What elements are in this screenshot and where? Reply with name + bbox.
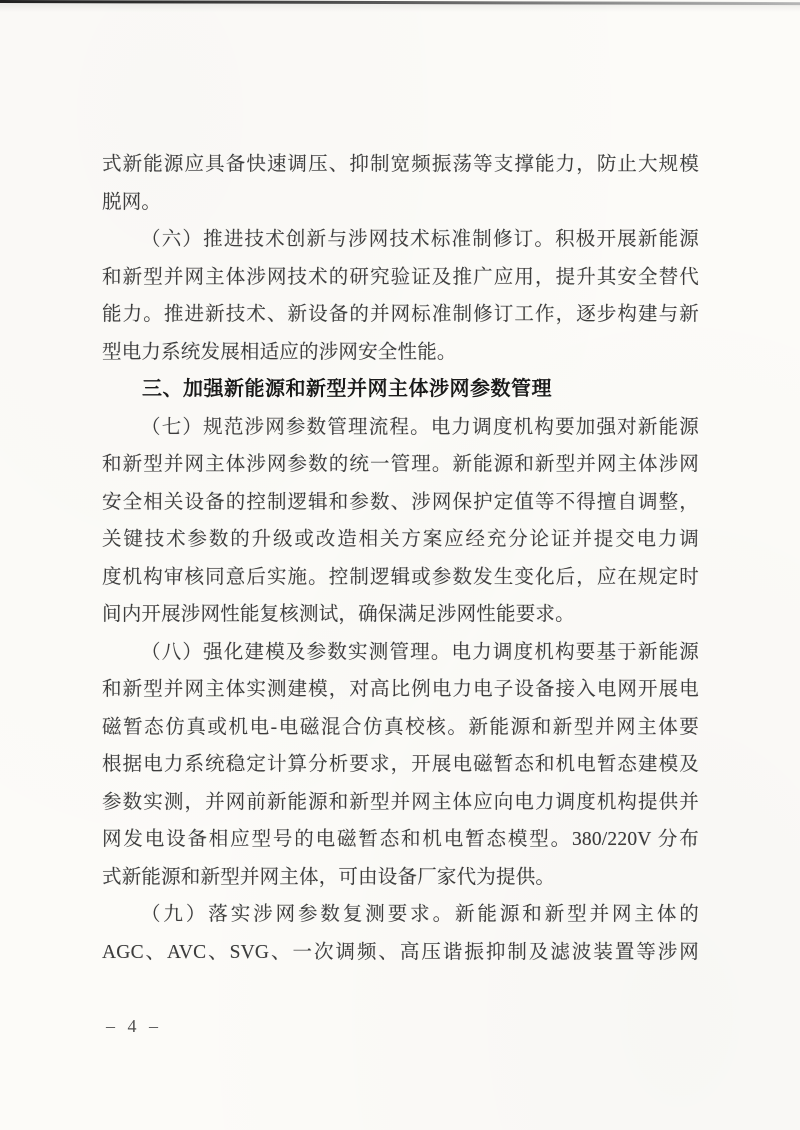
text-line: 和新型并网主体实测建模，对高比例电力电子设备接入电网开展电 <box>102 671 699 709</box>
text-line: 能力。推进新技术、新设备的并网标准制修订工作，逐步构建与新 <box>102 296 699 334</box>
document-text-block: 式新能源应具备快速调压、抑制宽频振荡等支撑能力，防止大规模 脱网。 （六）推进技… <box>102 146 699 971</box>
document-page: 式新能源应具备快速调压、抑制宽频振荡等支撑能力，防止大规模 脱网。 （六）推进技… <box>0 0 800 1130</box>
text-line: （八）强化建模及参数实测管理。电力调度机构要基于新能源 <box>102 634 699 672</box>
text-line: 磁暂态仿真或机电-电磁混合仿真校核。新能源和新型并网主体要 <box>102 709 699 747</box>
text-line: 参数实测，并网前新能源和新型并网主体应向电力调度机构提供并 <box>102 784 699 822</box>
scan-edge-shadow <box>0 3 800 12</box>
text-line: 型电力系统发展相适应的涉网安全性能。 <box>102 334 699 372</box>
text-line: （七）规范涉网参数管理流程。电力调度机构要加强对新能源 <box>102 409 699 447</box>
text-line: 根据电力系统稳定计算分析要求，开展电磁暂态和机电暂态建模及 <box>102 746 699 784</box>
text-line: 和新型并网主体涉网技术的研究验证及推广应用，提升其安全替代 <box>102 259 699 297</box>
text-line: 度机构审核同意后实施。控制逻辑或参数发生变化后，应在规定时 <box>102 559 699 597</box>
text-line: 网发电设备相应型号的电磁暂态和机电暂态模型。380/220V 分布 <box>102 821 699 859</box>
text-line: （六）推进技术创新与涉网技术标准制修订。积极开展新能源 <box>102 221 699 259</box>
text-line: 关键技术参数的升级或改造相关方案应经充分论证并提交电力调 <box>102 521 699 559</box>
text-line: 安全相关设备的控制逻辑和参数、涉网保护定值等不得擅自调整， <box>102 484 699 522</box>
text-line: 间内开展涉网性能复核测试，确保满足涉网性能要求。 <box>102 596 699 634</box>
text-line: AGC、AVC、SVG、一次调频、高压谐振抑制及滤波装置等涉网 <box>102 934 699 972</box>
page-number: – 4 – <box>106 1017 162 1035</box>
text-line: 脱网。 <box>102 184 699 222</box>
text-line: 和新型并网主体涉网参数的统一管理。新能源和新型并网主体涉网 <box>102 446 699 484</box>
text-line: 式新能源和新型并网主体，可由设备厂家代为提供。 <box>102 859 699 897</box>
text-line: （九）落实涉网参数复测要求。新能源和新型并网主体的 <box>102 896 699 934</box>
text-line: 式新能源应具备快速调压、抑制宽频振荡等支撑能力，防止大规模 <box>102 146 699 184</box>
section-heading: 三、加强新能源和新型并网主体涉网参数管理 <box>102 371 699 409</box>
